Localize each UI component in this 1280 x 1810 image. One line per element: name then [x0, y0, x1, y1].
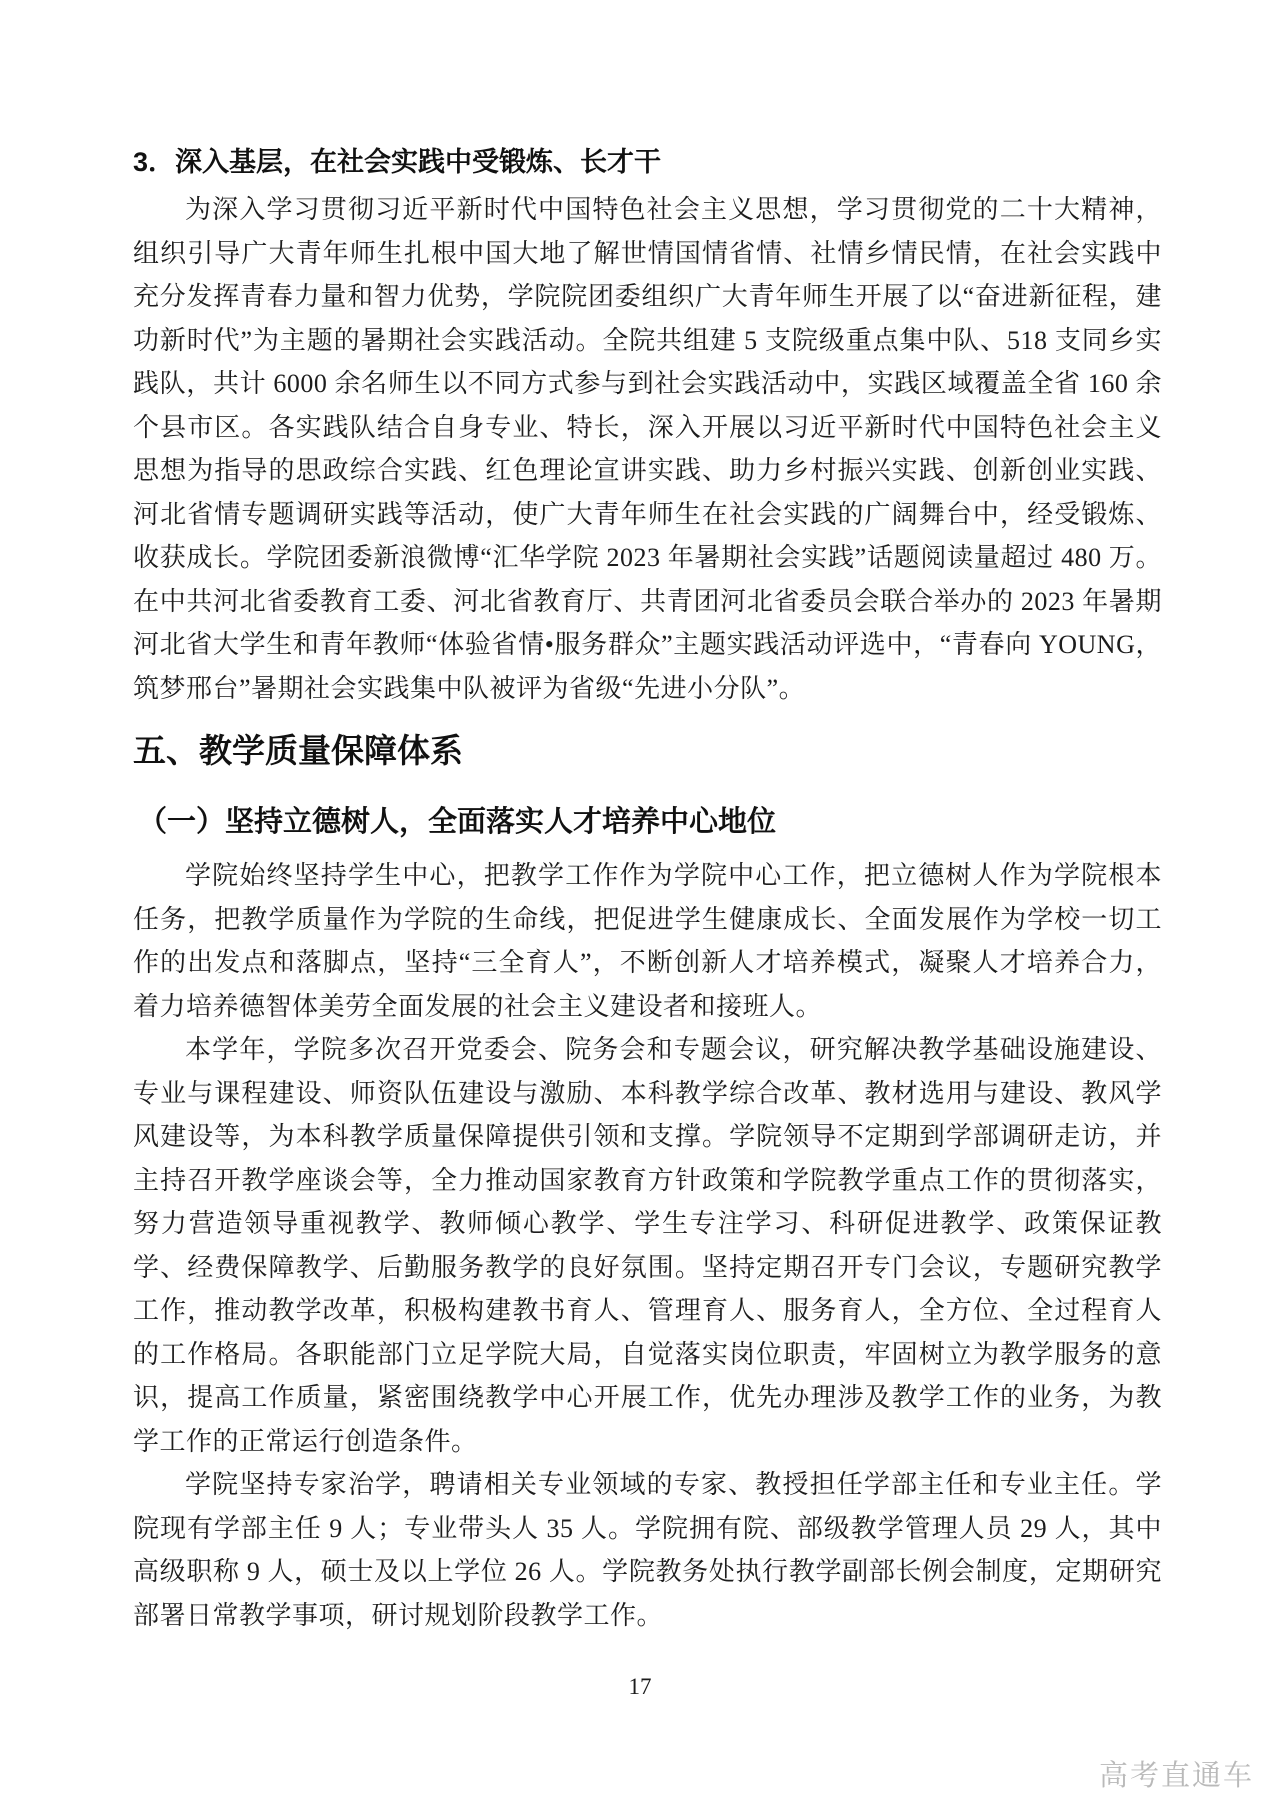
paragraph-expert-governance: 学院坚持专家治学，聘请相关专业领域的专家、教授担任学部主任和专业主任。学院现有学…	[133, 1463, 1162, 1637]
heading-social-practice: 3．深入基层，在社会实践中受锻炼、长才干	[133, 142, 1162, 182]
paragraph-meetings-support: 本学年，学院多次召开党委会、院务会和专题会议，研究解决教学基础设施建设、专业与课…	[133, 1028, 1162, 1463]
paragraph-student-center: 学院始终坚持学生中心，把教学工作作为学院中心工作，把立德树人作为学院根本任务，把…	[133, 854, 1162, 1028]
page-number: 17	[0, 1674, 1280, 1700]
subsection-heading-moral-education: （一）坚持立德树人，全面落实人才培养中心地位	[138, 800, 1162, 844]
watermark-text: 高考直通车	[1099, 1753, 1254, 1794]
page-content: 3．深入基层，在社会实践中受锻炼、长才干 为深入学习贯彻习近平新时代中国特色社会…	[0, 0, 1280, 1637]
paragraph-social-practice: 为深入学习贯彻习近平新时代中国特色社会主义思想，学习贯彻党的二十大精神，组织引导…	[133, 188, 1162, 710]
section-heading-quality-assurance: 五、教学质量保障体系	[133, 728, 1162, 774]
document-page: 3．深入基层，在社会实践中受锻炼、长才干 为深入学习贯彻习近平新时代中国特色社会…	[0, 0, 1280, 1810]
